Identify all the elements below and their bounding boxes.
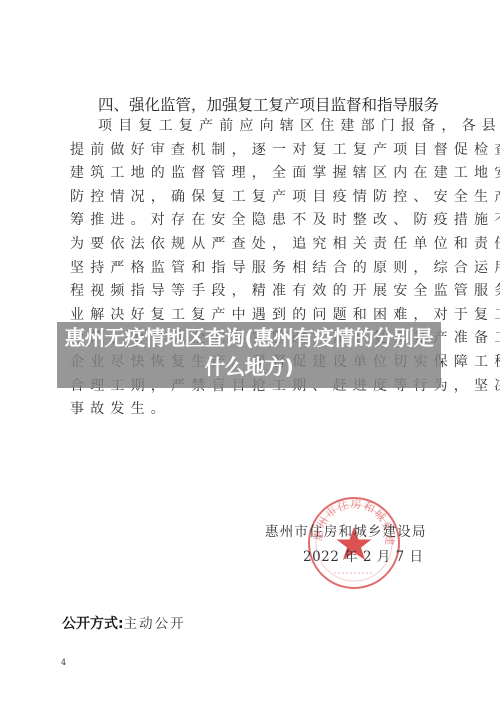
text-line: 防控情况，确保复工复产项目疫情防控、安全生产和复工复产统 [70,186,450,210]
official-seal-icon: 惠州市住房和城乡建设局 [308,497,400,589]
disclosure-value: 主动公开 [124,616,186,632]
section-heading: 四、强化监管，加强复工复产项目监督和指导服务 [98,93,439,115]
title-overlay-banner: 惠州无疫情地区查询(惠州有疫情的分别是什么地方) [57,322,441,388]
overlay-title: 惠州无疫情地区查询(惠州有疫情的分别是什么地方) [57,324,441,382]
text-line: 项目复工复产前应向辖区住建部门报备，各县区住建部门要 [70,115,450,139]
document-page: 四、强化监管，加强复工复产项目监督和指导服务 项目复工复产前应向辖区住建部门报备… [0,0,500,712]
signing-organization: 惠州市住房和城乡建设局 [265,520,427,540]
text-line: 提前做好审查机制，逐一对复工复产项目督促检查，强化对复工 [70,139,450,163]
signing-date: 2022 年 2 月 7 日 [303,545,424,565]
text-line: 建筑工地的监督管理，全面掌握辖区内在建工地安全生产和疫情 [70,162,450,186]
text-line: 程视频指导等手段，精准有效的开展安全监管服务，帮助指导企 [70,280,450,304]
page-number: 4 [61,658,66,667]
disclosure-label: 公开方式: [62,616,124,632]
text-line: 为要依法依规从严查处，追究相关责任单位和责任人的责任。要 [70,233,450,257]
text-line: 坚持严格监管和指导服务相结合的原则，综合运用上门帮扶、远 [70,257,450,281]
text-line: 事故发生。 [70,398,450,422]
text-line: 筹推进。对存在安全隐患不及时整改、防疫措施不落实到位等行 [70,209,450,233]
disclosure-method: 公开方式:主动公开 [62,612,186,633]
